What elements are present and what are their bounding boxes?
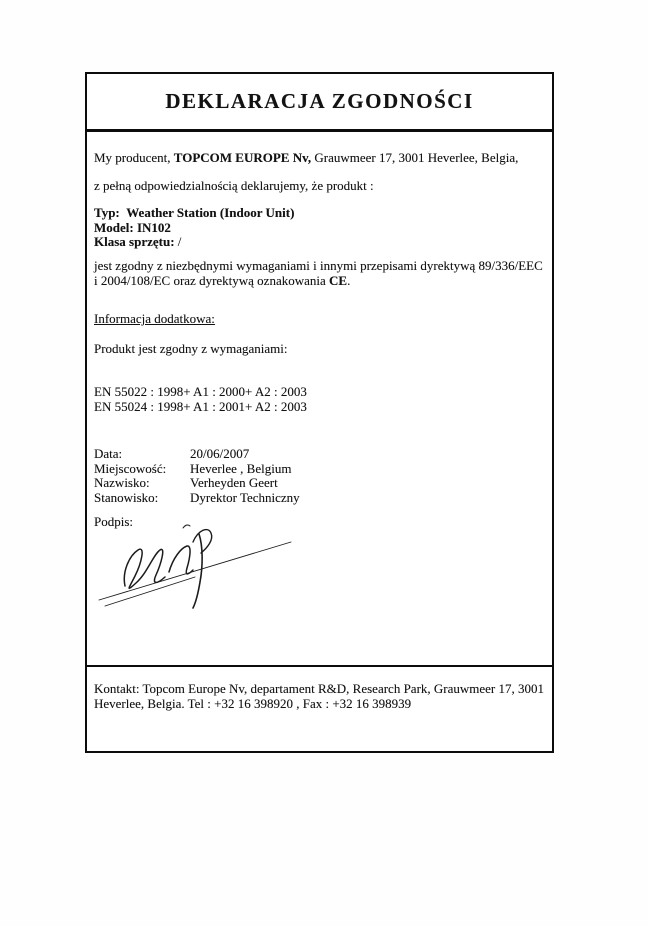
handwritten-signature <box>95 520 300 610</box>
class-value: / <box>178 234 182 249</box>
conformity-text: jest zgodny z niezbędnymi wymaganiami i … <box>94 258 543 288</box>
detail-row-place: Miejscowość: Heverlee , Belgium <box>94 462 546 477</box>
type-label: Typ: <box>94 205 120 220</box>
model-value: IN102 <box>137 220 171 235</box>
product-model-line: Model: IN102 <box>94 221 546 236</box>
type-value: Weather Station (Indoor Unit) <box>126 205 294 220</box>
contact-footer: Kontakt: Topcom Europe Nv, departament R… <box>94 681 546 711</box>
standards-list: EN 55022 : 1998+ A1 : 2000+ A2 : 2003 EN… <box>94 385 546 414</box>
conformity-paragraph: jest zgodny z niezbędnymi wymaganiami i … <box>94 259 546 288</box>
place-value: Heverlee , Belgium <box>190 462 291 477</box>
scanned-document-page: DEKLARACJA ZGODNOŚCI My producent, TOPCO… <box>0 0 648 926</box>
place-label: Miejscowość: <box>94 462 190 477</box>
class-label: Klasa sprzętu: <box>94 234 175 249</box>
additional-info-intro: Produkt jest zgodny z wymaganiami: <box>94 342 546 357</box>
manufacturer-line: My producent, TOPCOM EUROPE Nv, Grauwmee… <box>94 151 546 166</box>
position-value: Dyrektor Techniczny <box>190 491 300 506</box>
standard-en55024: EN 55024 : 1998+ A1 : 2001+ A2 : 2003 <box>94 400 546 415</box>
footer-divider <box>87 665 552 667</box>
detail-row-position: Stanowisko: Dyrektor Techniczny <box>94 491 546 506</box>
manufacturer-name: TOPCOM EUROPE Nv, <box>174 150 311 165</box>
model-label: Model: <box>94 220 134 235</box>
date-label: Data: <box>94 447 190 462</box>
product-class-line: Klasa sprzętu: / <box>94 235 546 250</box>
ce-mark-text: CE <box>329 273 347 288</box>
declaration-document-frame: DEKLARACJA ZGODNOŚCI My producent, TOPCO… <box>85 72 554 753</box>
date-value: 20/06/2007 <box>190 447 249 462</box>
position-label: Stanowisko: <box>94 491 190 506</box>
declaration-statement: z pełną odpowiedzialnością deklarujemy, … <box>94 179 546 194</box>
product-identification: Typ: Weather Station (Indoor Unit) Model… <box>94 206 546 250</box>
product-type-line: Typ: Weather Station (Indoor Unit) <box>94 206 546 221</box>
manufacturer-prefix: My producent, <box>94 150 174 165</box>
document-title: DEKLARACJA ZGODNOŚCI <box>165 89 473 114</box>
title-bar: DEKLARACJA ZGODNOŚCI <box>87 74 552 132</box>
detail-row-name: Nazwisko: Verheyden Geert <box>94 476 546 491</box>
name-value: Verheyden Geert <box>190 476 278 491</box>
manufacturer-address: Grauwmeer 17, 3001 Heverlee, Belgia, <box>311 150 518 165</box>
signature-icon <box>95 520 300 610</box>
conformity-period: . <box>347 273 350 288</box>
details-table: Data: 20/06/2007 Miejscowość: Heverlee ,… <box>94 447 546 505</box>
name-label: Nazwisko: <box>94 476 190 491</box>
standard-en55022: EN 55022 : 1998+ A1 : 2000+ A2 : 2003 <box>94 385 546 400</box>
additional-info-heading: Informacja dodatkowa: <box>94 312 546 327</box>
detail-row-date: Data: 20/06/2007 <box>94 447 546 462</box>
